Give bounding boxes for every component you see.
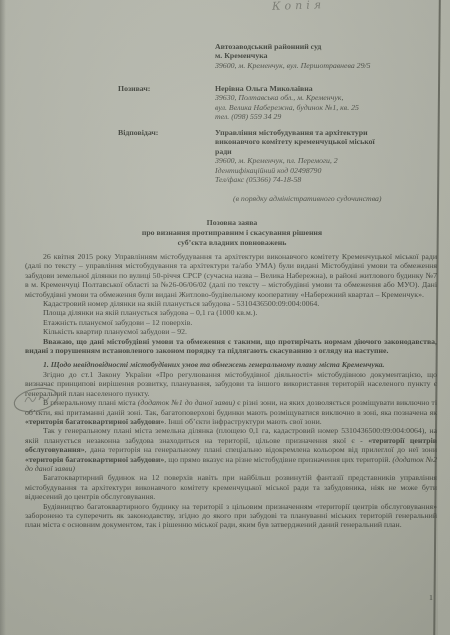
text-segment: «територія багатоквартирної забудови»	[25, 417, 164, 426]
handwritten-copy-note: Копія	[272, 0, 325, 11]
text-segment: Кадастровий номер ділянки на якій планує…	[43, 299, 319, 308]
cadastre-number-line: Кадастровий номер ділянки на якій планує…	[25, 299, 437, 308]
plaintiff-address-line1: 39630, Полтавська обл., м. Кременчук,	[215, 93, 437, 102]
law-reference-paragraph: Згідно до ст.1 Закону України «Про регул…	[25, 370, 437, 398]
text-segment: , що прямо вказує на різне містобудівне …	[164, 455, 392, 464]
defendant-name-line2: виконавчого комітету кременчуцької міськ…	[215, 137, 437, 146]
document-title: Позовна заява про визнання протиправним …	[30, 218, 434, 248]
section-heading: 1. Щодо невідповідності містобудівних ум…	[25, 360, 437, 369]
text-segment: Багатоквартирний будинок на 12 поверхів …	[25, 473, 437, 501]
title-line2: про визнання протиправним і скасування р…	[30, 228, 434, 238]
defendant-phone: Тел/факс (05366) 74-18-58	[215, 175, 437, 184]
text-segment: Згідно до ст.1 Закону України «Про регул…	[25, 370, 437, 398]
prohibition-paragraph: Будівництво багатоквартирного будинку на…	[25, 502, 437, 530]
text-segment: 1. Щодо невідповідності містобудівних ум…	[43, 360, 384, 369]
text-segment: Площа ділянки на якій планується забудов…	[43, 308, 257, 317]
text-segment: , дана територія на генеральному плані с…	[85, 445, 437, 454]
document-body: 26 квітня 2015 року Управлінням містобуд…	[25, 252, 437, 530]
text-segment: «територія багатоквартирної забудови»	[25, 455, 164, 464]
handwritten-paraph-icon	[11, 386, 63, 416]
defendant-name-line1: Управління містобудування та архітектури	[215, 128, 437, 137]
text-segment: Кількість квартир плануємої забудови – 9…	[43, 327, 187, 336]
apartments-line: Кількість квартир плануємої забудови – 9…	[25, 327, 437, 336]
text-segment: Будівництво багатоквартирного будинку на…	[25, 502, 437, 530]
text-segment: (додаток №1 до даної заяви)	[138, 398, 235, 407]
defendant-address: 39600, м. Кременчук, пл. Перемоги, 2	[215, 156, 437, 165]
land-plot-paragraph: Так у генеральному плані міста земельна …	[25, 426, 437, 473]
claim-statement: Вважаю, що дані містобудівні умови та об…	[25, 337, 437, 356]
defendant-name-line3: ради	[215, 147, 437, 156]
plaintiff-name: Нерівна Ольга Миколаївна	[215, 84, 437, 93]
page-number: 1	[429, 593, 433, 602]
court-name-line1: Автозаводський районний суд	[215, 42, 437, 51]
fantasy-paragraph: Багатоквартирний будинок на 12 поверхів …	[25, 473, 437, 501]
text-segment: . Інші об’єкти інфраструктури мають свої…	[164, 417, 321, 426]
storeys-line: Етажність плануємої забудови – 12 поверх…	[25, 318, 437, 327]
court-address-block: Автозаводський районний суд м. Кременчук…	[215, 42, 437, 70]
title-line1: Позовна заява	[30, 218, 434, 228]
defendant-block: Управління містобудування та архітектури…	[215, 128, 437, 184]
zones-paragraph: В генеральному плані міста (додаток №1 д…	[25, 398, 437, 426]
court-address: 39600, м. Кременчук, вул. Першотравнева …	[215, 61, 437, 70]
defendant-label: Відповідач:	[118, 128, 158, 137]
court-name-line2: м. Кременчука	[215, 51, 437, 60]
intro-paragraph: 26 квітня 2015 року Управлінням містобуд…	[25, 252, 437, 299]
title-line3: суб’єкта владних повноважень	[30, 238, 434, 248]
text-segment: Вважаю, що дані містобудівні умови та об…	[25, 337, 437, 355]
plaintiff-label: Позивач:	[118, 84, 150, 93]
area-line: Площа ділянки на якій планується забудов…	[25, 308, 437, 317]
scanned-court-document: Копія Автозаводський районний суд м. Кре…	[0, 0, 450, 635]
plaintiff-address-line2: вул. Велика Набережна, будинок №1, кв. 2…	[215, 103, 437, 112]
plaintiff-phone: тел. (098) 559 34 29	[215, 112, 437, 121]
proceeding-type-note: (в порядку адміністративного судочинства…	[233, 194, 382, 203]
text-segment: Етажність плануємої забудови – 12 поверх…	[43, 318, 192, 327]
defendant-id-code: Ідентифікаційний код 02498790	[215, 166, 437, 175]
plaintiff-block: Нерівна Ольга Миколаївна 39630, Полтавсь…	[215, 84, 437, 122]
text-segment: 26 квітня 2015 року Управлінням містобуд…	[25, 252, 437, 299]
